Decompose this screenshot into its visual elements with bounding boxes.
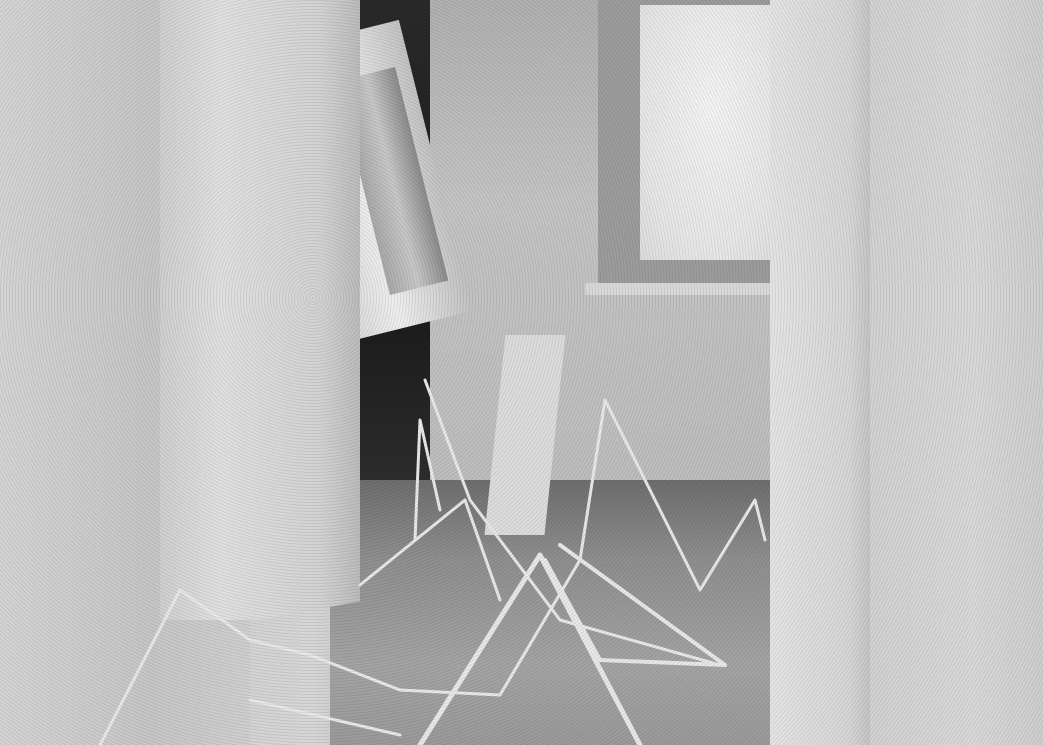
studio-photograph [0,0,1043,745]
wire-sculpture [0,0,1043,745]
